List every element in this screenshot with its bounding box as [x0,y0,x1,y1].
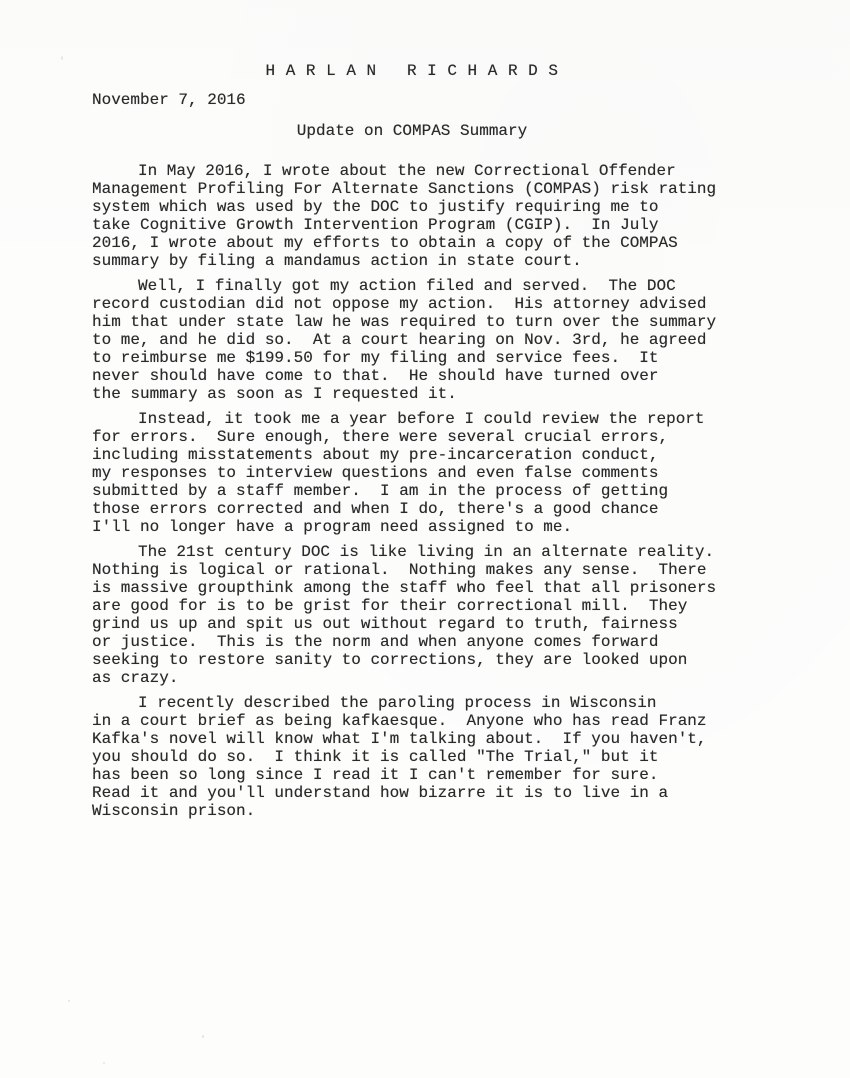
letter-body: In May 2016, I wrote about the new Corre… [92,162,790,820]
paragraph-action-filed: Well, I finally got my action filed and … [92,277,790,403]
paragraph-report-errors: Instead, it took me a year before I coul… [92,410,790,536]
scan-speckle [61,56,63,60]
paragraph-doc-reality: The 21st century DOC is like living in a… [92,543,790,687]
date-line: November 7, 2016 [92,91,790,109]
letter-page: H A R L A N R I C H A R D S November 7, … [0,0,850,1078]
scan-speckle [103,1062,105,1064]
paragraph-compas-intro: In May 2016, I wrote about the new Corre… [92,162,790,270]
paragraph-kafkaesque: I recently described the paroling proces… [92,694,790,820]
scan-speckle [68,1000,70,1002]
letterhead-name: H A R L A N R I C H A R D S [34,62,790,80]
letter-title: Update on COMPAS Summary [34,122,790,140]
scan-speckle [202,1035,204,1038]
